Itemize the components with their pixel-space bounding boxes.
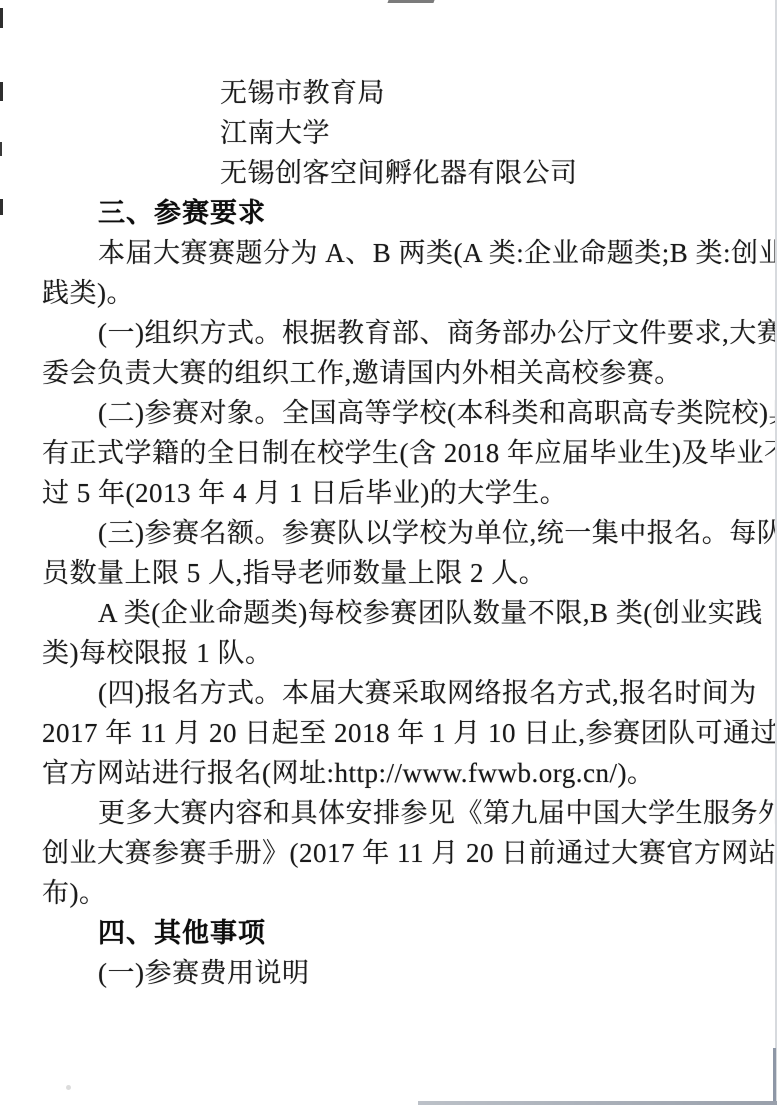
doc-line-with-url: 官方网站进行报名(网址:http://www.fwwb.org.cn/)。 bbox=[42, 753, 762, 793]
scanned-document-page: 无锡市教育局 江南大学 无锡创客空间孵化器有限公司 三、参赛要求 本届大赛赛题分… bbox=[0, 0, 777, 1105]
org-name-line: 江南大学 bbox=[220, 113, 762, 153]
doc-line: 员数量上限 5 人,指导老师数量上限 2 人。 bbox=[42, 553, 762, 593]
doc-line: 类)每校限报 1 队。 bbox=[42, 633, 762, 673]
doc-line: (一)组织方式。根据教育部、商务部办公厅文件要求,大赛组 bbox=[98, 313, 762, 353]
doc-line: (一)参赛费用说明 bbox=[98, 953, 762, 993]
doc-line: 有正式学籍的全日制在校学生(含 2018 年应届毕业生)及毕业不超 bbox=[42, 433, 762, 473]
org-name-line: 无锡市教育局 bbox=[220, 73, 762, 113]
doc-line: (四)报名方式。本届大赛采取网络报名方式,报名时间为 bbox=[98, 673, 762, 713]
doc-line: A 类(企业命题类)每校参赛团队数量不限,B 类(创业实践 bbox=[98, 593, 762, 633]
doc-line: 委会负责大赛的组织工作,邀请国内外相关高校参赛。 bbox=[42, 353, 762, 393]
doc-line: 创业大赛参赛手册》(2017 年 11 月 20 日前通过大赛官方网站公 bbox=[42, 833, 762, 873]
scan-artifact-right-corner bbox=[773, 1048, 776, 1105]
section-heading: 三、参赛要求 bbox=[98, 193, 762, 233]
doc-line: (二)参赛对象。全国高等学校(本科类和高职高专类院校)具 bbox=[98, 393, 762, 433]
scan-artifact-speck bbox=[66, 1085, 71, 1090]
scan-artifact-bottom-edge bbox=[418, 1101, 777, 1105]
doc-line: (三)参赛名额。参赛队以学校为单位,统一集中报名。每队队 bbox=[98, 513, 762, 553]
scan-artifact-left-edge bbox=[0, 82, 3, 101]
doc-line: 践类)。 bbox=[42, 273, 762, 313]
doc-line: 2017 年 11 月 20 日起至 2018 年 1 月 10 日止,参赛团队… bbox=[42, 713, 762, 753]
scan-artifact-top-edge bbox=[387, 0, 434, 3]
doc-line: 本届大赛赛题分为 A、B 两类(A 类:企业命题类;B 类:创业实 bbox=[98, 233, 762, 273]
doc-line: 布)。 bbox=[42, 873, 762, 913]
org-name-line: 无锡创客空间孵化器有限公司 bbox=[220, 153, 762, 193]
section-heading: 四、其他事项 bbox=[98, 913, 762, 953]
doc-line: 过 5 年(2013 年 4 月 1 日后毕业)的大学生。 bbox=[42, 473, 762, 513]
scan-artifact-left-edge bbox=[0, 199, 3, 215]
document-content: 无锡市教育局 江南大学 无锡创客空间孵化器有限公司 三、参赛要求 本届大赛赛题分… bbox=[42, 73, 762, 993]
scan-artifact-left-edge bbox=[0, 8, 3, 28]
doc-line: 更多大赛内容和具体安排参见《第九届中国大学生服务外包创新 bbox=[98, 793, 762, 833]
scan-artifact-left-edge bbox=[0, 142, 2, 156]
